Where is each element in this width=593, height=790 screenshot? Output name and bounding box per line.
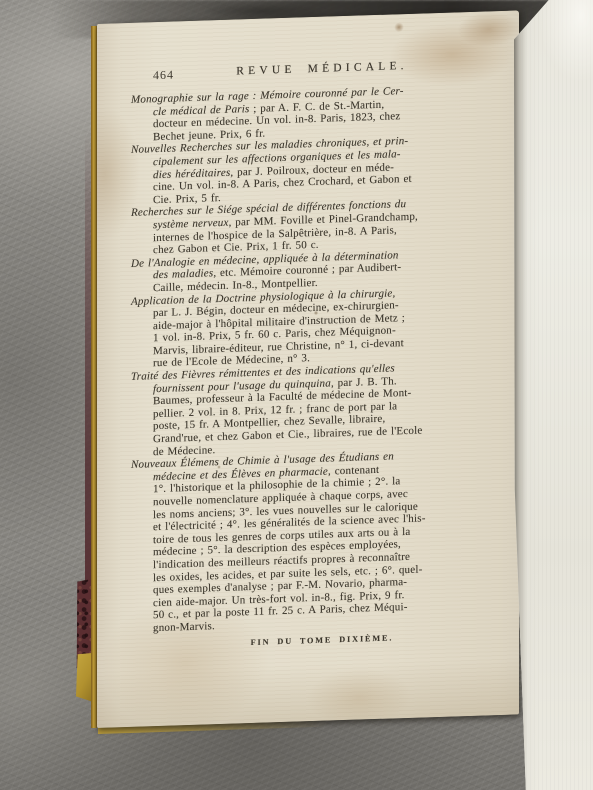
entry: Nouveaux Élémens de Chimie à l'usage des… [131, 448, 483, 636]
photo-of-open-book: { "page": { "number": "464", "header": "… [0, 0, 593, 790]
entry-body-text: gnon-Marvis. [153, 620, 215, 634]
entry: Application de la Doctrine physiologique… [131, 284, 483, 371]
entry-body-text: , contenant [328, 464, 379, 478]
end-of-volume-note: FIN DU TOME DIXIÈME. [131, 631, 473, 651]
entry: Traité des Fièvres rémittentes et des in… [131, 360, 483, 460]
entry: Nouvelles Recherches sur les maladies ch… [131, 133, 483, 207]
page-title: REVUE MÉDICALE. [97, 56, 519, 82]
book-page: 464 REVUE MÉDICALE. Monographie sur la r… [97, 10, 519, 728]
bibliography-entries: Monographie sur la rage : Mémoire couron… [131, 83, 483, 636]
running-head: 464 REVUE MÉDICALE. [97, 56, 519, 86]
book-fore-edge-pages [514, 0, 593, 790]
entry-title-text: des maladies [153, 268, 213, 282]
